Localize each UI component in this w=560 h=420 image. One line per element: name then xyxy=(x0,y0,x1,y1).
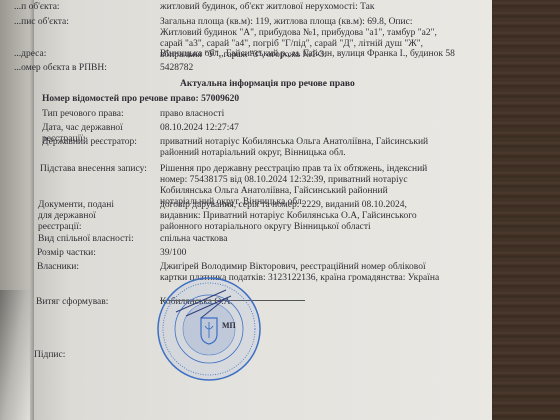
object-type-label: ...п об'єкта: xyxy=(14,2,130,13)
right-number-value: 57009620 xyxy=(201,94,239,104)
section-title: Актуальна інформація про речове право xyxy=(180,79,355,89)
object-description-label: ...пис об'єкта: xyxy=(14,17,130,28)
formed-by-label: Витяг сформував: xyxy=(36,297,152,308)
right-type-label: Тип речового права: xyxy=(42,109,158,120)
ownership-type-value: спільна часткова xyxy=(160,234,460,245)
share-size-label: Розмір частки: xyxy=(37,248,153,259)
ownership-type-label: Вид спільної власності: xyxy=(38,234,154,245)
rpvn-number-value: 5428782 xyxy=(160,63,460,74)
stamp-mp-mark: МП xyxy=(222,321,237,330)
address-value: Вінницька обл., Гайсинський р., м. Гайси… xyxy=(160,49,490,60)
document-page: ...п об'єкта: житловий будинок, об'єкт ж… xyxy=(34,0,492,420)
object-type-value: житловий будинок, об'єкт житлової нерухо… xyxy=(160,2,480,13)
right-type-value: право власності xyxy=(160,109,460,120)
owners-label: Власники: xyxy=(37,262,153,273)
record-basis-label: Підстава внесення запису: xyxy=(40,164,156,175)
signature-label: Підпис: xyxy=(34,350,150,361)
registration-date-value: 08.10.2024 12:27:47 xyxy=(160,123,460,134)
registrar-value: приватний нотаріус Кобилянська Ольга Ана… xyxy=(160,137,430,159)
right-number-label: Номер відомостей про речове право: xyxy=(42,94,199,104)
share-size-value: 39/100 xyxy=(160,248,460,259)
rpvn-number-label: ...омер обєкта в РПВН: xyxy=(14,63,130,74)
address-label: ...дреса: xyxy=(14,49,130,60)
wood-table-background xyxy=(492,0,560,420)
notary-stamp-icon: МП xyxy=(156,276,262,382)
registrar-label: Державний реєстратор: xyxy=(42,137,158,148)
documents-label: Документи, подані для державної реєстрац… xyxy=(38,200,128,233)
underlying-page-edge xyxy=(0,290,30,420)
documents-value: договір дарування, серія та номер: 2229,… xyxy=(160,200,440,233)
right-number-row: Номер відомостей про речове право: 57009… xyxy=(42,94,239,105)
